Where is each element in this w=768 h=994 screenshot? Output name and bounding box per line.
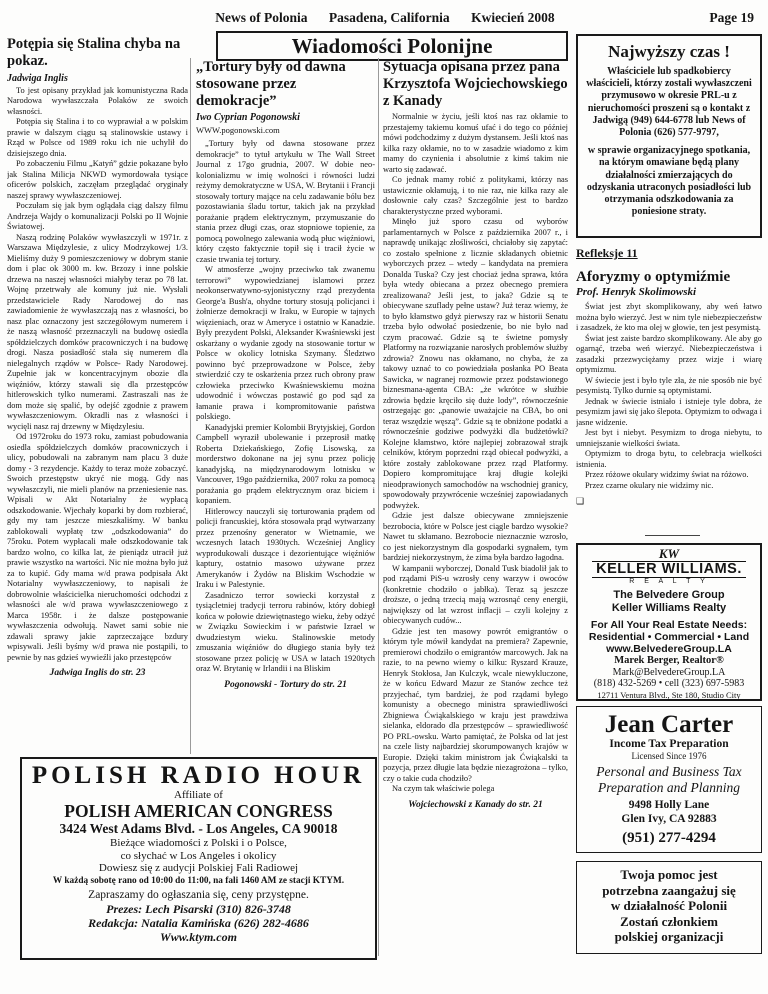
article-title: „Tortury były od dawna stosowane przez d… xyxy=(196,59,375,109)
ad-organization: POLISH AMERICAN CONGRESS xyxy=(24,802,373,821)
ad-language-note: Mówimy po polsku. xyxy=(631,700,707,701)
article-tortury: „Tortury były od dawna stosowane przez d… xyxy=(196,59,375,761)
ad-address: 12711 Ventura Blvd., Ste 180, Studio Cit… xyxy=(582,690,756,700)
paragraph: Poczułam się jak bym oglądała ciąg dalsz… xyxy=(7,201,188,233)
paragraph: w sprawie organizacyjnego spotkania, na … xyxy=(584,145,754,218)
paragraph: W kampanii wyborczej, Donald Tusk biadol… xyxy=(383,564,568,627)
ad-brand-subtitle: R E A L T Y xyxy=(582,578,756,586)
paragraph: Świat jest zaiste bardzo skomplikowany. … xyxy=(576,334,762,376)
notice-body: Właściciele lub spadkobiercy właścicieli… xyxy=(584,66,754,218)
paragraph: Naszą rodzinę Polaków wywłaszczyli w 197… xyxy=(7,233,188,433)
section-divider xyxy=(645,535,700,536)
ad-tagline: Personal and Business Tax Preparation an… xyxy=(581,764,757,796)
article-author: Prof. Henryk Skolimowski xyxy=(576,286,762,298)
paragraph: Kanadyjski premier Kolombii Brytyjskiej,… xyxy=(196,423,375,507)
paragraph: „Tortury były od dawna stosowane przez d… xyxy=(196,139,375,265)
ad-slogan: For All Your Real Estate Needs: xyxy=(582,619,756,631)
paragraph: Na czym tak właściwie polega xyxy=(383,784,568,795)
paragraph: Właściciele lub spadkobiercy właścicieli… xyxy=(584,66,754,139)
paragraph: Przez czarne okulary nie widzimy nic. xyxy=(576,481,762,492)
ad-address: 3424 West Adams Blvd. - Los Angeles, CA … xyxy=(24,821,373,837)
ad-group-name: The Belvedere Group xyxy=(582,589,756,602)
ad-description-line: Dowiesz się z audycji Polskiej Fali Radi… xyxy=(24,862,373,875)
ad-title: POLISH RADIO HOUR xyxy=(24,763,373,789)
ad-phone: (951) 277-4294 xyxy=(581,829,757,847)
ad-jean-carter: Jean Carter Income Tax Preparation Licen… xyxy=(576,706,762,853)
paragraph: polskiej organizacji xyxy=(581,929,757,945)
ad-tagline-line: Personal and Business Tax xyxy=(581,764,757,780)
ad-name: Jean Carter xyxy=(581,711,757,738)
ad-address: 9498 Holly Lane Glen Ivy, CA 92883 xyxy=(581,799,757,826)
column-kicker: Refleksje 11 xyxy=(576,246,762,261)
paragraph: W atmosferze „wojny przeciwko tak zwanem… xyxy=(196,265,375,423)
article-author: Jadwiga Inglis xyxy=(7,73,188,84)
paragraph: Minęło już sporo czasu od wyborów parlam… xyxy=(383,217,568,511)
article-body: Normalnie w życiu, jeśli ktoś nas raz ok… xyxy=(383,112,568,795)
notice-twoja-pomoc: Twoja pomoc jestpotrzebna zaangażuj sięw… xyxy=(576,861,762,954)
ad-agent-name: Marek Berger, Realtor® xyxy=(582,655,756,667)
ad-categories: Residential • Commercial • Land xyxy=(582,631,756,643)
paragraph: Twoja pomoc jest xyxy=(581,867,757,883)
article-title: Aforyzmy o optymiźmie xyxy=(576,269,762,286)
paragraph: Zostań członkiem xyxy=(581,914,757,930)
ad-editor-contact: Redakcja: Natalia Kamińska (626) 282-468… xyxy=(24,916,373,930)
kw-monogram-icon: KW xyxy=(582,548,756,560)
paragraph: potrzebna zaangażuj się xyxy=(581,883,757,899)
article-title: Sytuacja opisana przez pana Krzysztofa W… xyxy=(383,59,568,109)
realtor-icon: R xyxy=(597,700,608,701)
paragraph: Optymizm to droga bytu, to celebracja wi… xyxy=(576,449,762,470)
ad-footer-icons: ⌂ R xyxy=(584,700,608,701)
paragraph: Zasadniczo terror sowiecki korzystał z t… xyxy=(196,591,375,675)
ad-language-note: Mówimy Po Polsku xyxy=(581,851,757,853)
end-of-article-mark: ❑ xyxy=(576,496,584,506)
paragraph: Hitlerowcy nauczyli się torturowania prą… xyxy=(196,507,375,591)
paragraph: Potępia się Stalina i to co wyprawiał a … xyxy=(7,117,188,159)
article-title: Potępia się Stalina chyba na pokaz. xyxy=(7,36,188,70)
paragraph: Normalnie w życiu, jeśli ktoś nas raz ok… xyxy=(383,112,568,175)
ad-schedule: W każdą sobotę rano od 10:00 do 11:00, n… xyxy=(24,875,373,887)
author-website: WWW.pogonowski.com xyxy=(196,125,375,135)
continuation-note: Pogonowski - Tortury do str. 21 xyxy=(196,680,375,690)
article-refleksje: Refleksje 11 Aforyzmy o optymiźmie Prof.… xyxy=(576,246,762,538)
paragraph: Gdzie jest dalsze obiecywane zmniejszeni… xyxy=(383,511,568,564)
issue-date: Kwiecień 2008 xyxy=(471,10,555,25)
newspaper-name: News of Polonia xyxy=(215,10,307,25)
continuation-note: Jadwiga Inglis do str. 23 xyxy=(7,668,188,678)
column-divider xyxy=(378,58,379,956)
newspaper-page: News of Polonia Pasadena, California Kwi… xyxy=(0,0,768,994)
ad-invite: Zapraszamy do ogłaszania się, ceny przys… xyxy=(24,889,373,902)
newspaper-location: Pasadena, California xyxy=(329,10,450,25)
page-header: News of Polonia Pasadena, California Kwi… xyxy=(0,10,768,30)
paragraph: Od 1972roku do 1973 roku, zamiast pobudo… xyxy=(7,432,188,663)
article-body: To jest opisany przykład jak komunistycz… xyxy=(7,86,188,664)
article-sytuacja: Sytuacja opisana przez pana Krzysztofa W… xyxy=(383,59,568,959)
ad-president-contact: Prezes: Lech Pisarski (310) 826-3748 xyxy=(24,902,373,916)
ad-licensed-note: Licensed Since 1976 xyxy=(581,751,757,762)
page-number: Page 19 xyxy=(709,10,754,26)
notice-najwyzszy-czas: Najwyższy czas ! Właściciele lub spadkob… xyxy=(576,34,762,238)
ad-tagline-line: Preparation and Planning xyxy=(581,780,757,796)
article-stalin: Potępia się Stalina chyba na pokaz. Jadw… xyxy=(7,36,188,758)
header-center: News of Polonia Pasadena, California Kwi… xyxy=(160,10,610,26)
equal-housing-icon: ⌂ xyxy=(584,700,595,701)
paragraph: Po zobaczeniu Filmu „Katyń” gdzie pokaza… xyxy=(7,159,188,201)
ad-brand: KELLER WILLIAMS. xyxy=(592,561,746,578)
paragraph: Jednak w świecie istniało i istnieje tyl… xyxy=(576,397,762,429)
paragraph: Przez różowe okulary widzimy świat na ró… xyxy=(576,470,762,481)
ad-service: Income Tax Preparation xyxy=(581,738,757,751)
ad-keller-williams: KW KELLER WILLIAMS. R E A L T Y The Belv… xyxy=(576,543,762,701)
paragraph: W świecie jest i było tyle zła, że nie s… xyxy=(576,376,762,397)
article-body: „Tortury były od dawna stosowane przez d… xyxy=(196,139,375,675)
ad-footer: ⌂ R Mówimy po polsku. xyxy=(582,700,756,701)
ad-polish-radio-hour: POLISH RADIO HOUR Affiliate of POLISH AM… xyxy=(20,757,377,960)
paragraph: Jest byt i niebyt. Pesymizm to droga nie… xyxy=(576,428,762,449)
ad-email: Mark@BelvedereGroup.LA xyxy=(582,667,756,678)
article-author: Iwo Cyprian Pogonowski xyxy=(196,112,375,123)
paragraph: To jest opisany przykład jak komunistycz… xyxy=(7,86,188,118)
ad-description-line: Bieżące wiadomości z Polski i o Polsce, xyxy=(24,837,373,850)
section-masthead: Wiadomości Polonijne xyxy=(216,31,568,61)
paragraph: Gdzie jest ten masowy powrót emigrantów … xyxy=(383,627,568,785)
notice-title: Najwyższy czas ! xyxy=(584,42,754,62)
ad-website: www.BelvedereGroup.LA xyxy=(582,643,756,655)
ad-phones: (818) 432-5269 • cell (323) 697-5983 xyxy=(582,678,756,690)
continuation-note: Wojciechowski z Kanady do str. 21 xyxy=(383,800,568,810)
ad-website: Www.ktym.com xyxy=(24,930,373,944)
ad-address-line: Glen Ivy, CA 92883 xyxy=(581,813,757,827)
article-body: Świat jest zbyt skomplikowany, aby weń ł… xyxy=(576,302,762,491)
paragraph: Co jednak mamy robić z politykami, którz… xyxy=(383,175,568,217)
notice-body: Twoja pomoc jestpotrzebna zaangażuj sięw… xyxy=(581,867,757,945)
column-divider xyxy=(190,58,191,754)
ad-group-name: Keller Williams Realty xyxy=(582,602,756,615)
ad-address-line: 9498 Holly Lane xyxy=(581,799,757,813)
paragraph: w działalność Polonii xyxy=(581,898,757,914)
ad-description-line: co słychać w Los Angeles i okolicy xyxy=(24,850,373,863)
paragraph: Świat jest zbyt skomplikowany, aby weń ł… xyxy=(576,302,762,334)
